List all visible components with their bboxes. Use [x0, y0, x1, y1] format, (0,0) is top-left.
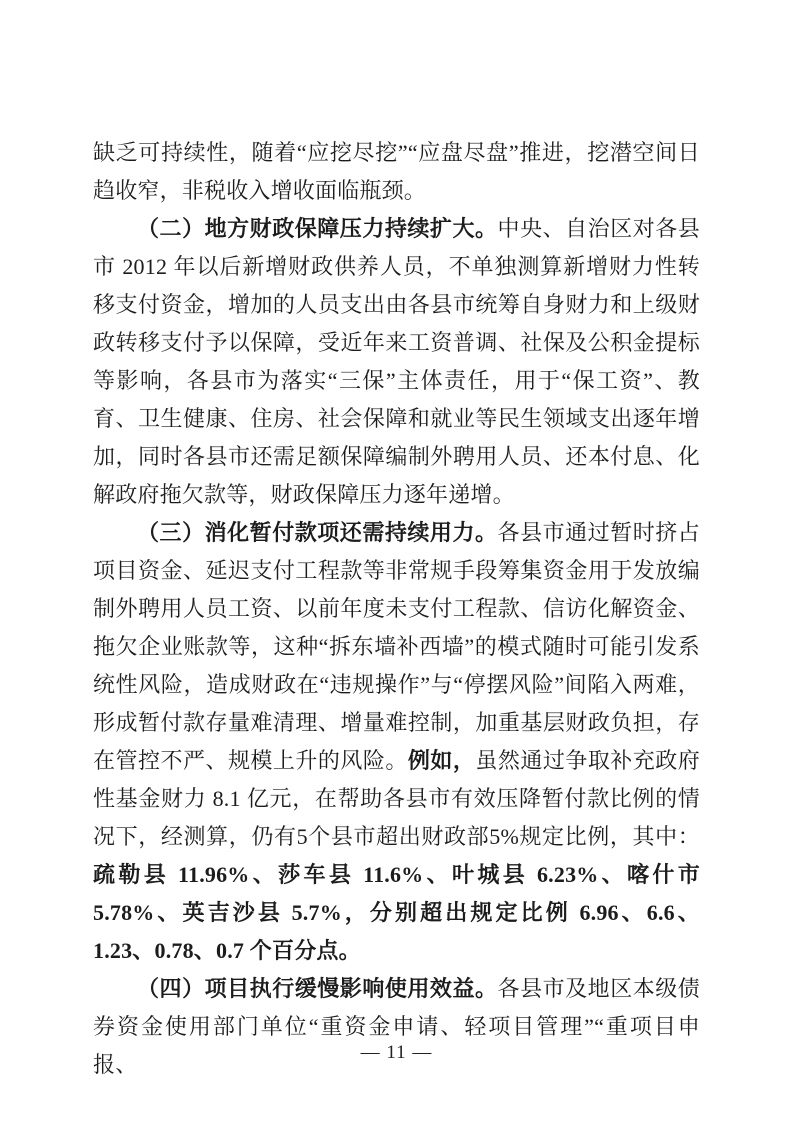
document-body: 缺乏可持续性，随着“应挖尽挖”“应盘尽盘”推进，挖潜空间日趋收窄，非税收入增收面…: [93, 134, 700, 1084]
bold-text-segment: （四）项目执行缓慢影响使用效益。: [137, 976, 498, 1001]
paragraph: （三）消化暂付款项还需持续用力。各县市通过暂时挤占项目资金、延迟支付工程款等非常…: [93, 514, 700, 970]
bold-text-segment: 疏勒县 11.96%、莎车县 11.6%、叶城县 6.23%、喀什市 5.78%…: [93, 862, 700, 963]
paragraph: （二）地方财政保障压力持续扩大。中央、自治区对各县市 2012 年以后新增财政供…: [93, 210, 700, 514]
bold-text-segment: （二）地方财政保障压力持续扩大。: [137, 216, 498, 241]
text-segment: 各县市通过暂时挤占项目资金、延迟支付工程款等非常规手段筹集资金用于发放编制外聘用…: [93, 520, 700, 773]
page-number: — 11 —: [0, 1042, 793, 1064]
document-page: 缺乏可持续性，随着“应挖尽挖”“应盘尽盘”推进，挖潜空间日趋收窄，非税收入增收面…: [0, 0, 793, 1122]
bold-text-segment: 例如，: [408, 748, 475, 773]
paragraph: 缺乏可持续性，随着“应挖尽挖”“应盘尽盘”推进，挖潜空间日趋收窄，非税收入增收面…: [93, 134, 700, 210]
bold-text-segment: （三）消化暂付款项还需持续用力。: [137, 520, 498, 545]
text-segment: 缺乏可持续性，随着“应挖尽挖”“应盘尽盘”推进，挖潜空间日趋收窄，非税收入增收面…: [93, 140, 700, 203]
text-segment: 中央、自治区对各县市 2012 年以后新增财政供养人员，不单独测算新增财力性转移…: [93, 216, 700, 507]
paragraph: （四）项目执行缓慢影响使用效益。各县市及地区本级债券资金使用部门单位“重资金申请…: [93, 970, 700, 1084]
